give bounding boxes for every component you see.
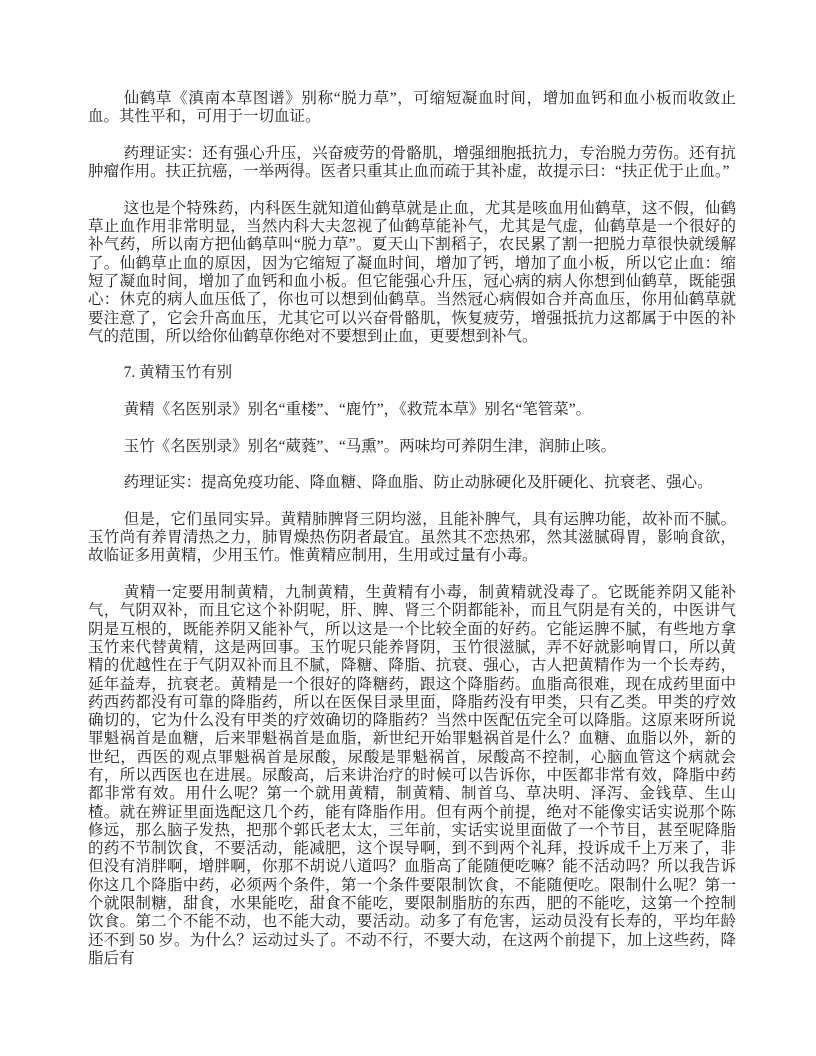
section-heading: 7. 黄精玉竹有别 — [88, 364, 736, 382]
body-paragraph: 仙鹤草《滇南本草图谱》别称“脱力草”，可缩短凝血时间，增加血钙和血小板而收敛止血… — [88, 90, 736, 127]
document-page: 仙鹤草《滇南本草图谱》别称“脱力草”，可缩短凝血时间，增加血钙和血小板而收敛止血… — [0, 0, 816, 1056]
body-paragraph: 黄精《名医别录》别名“重楼”、“鹿竹”，《救荒本草》别名“笔管菜”。 — [88, 401, 736, 419]
body-paragraph: 玉竹《名医别录》别名“葳蕤”、“马熏”。两味均可养阴生津，润肺止咳。 — [88, 438, 736, 456]
body-paragraph: 但是，它们虽同实异。黄精肺脾肾三阴均滋，且能补脾气，具有运脾功能，故补而不腻。玉… — [88, 511, 736, 566]
body-paragraph: 这也是个特殊药，内科医生就知道仙鹤草就是止血，尤其是咳血用仙鹤草，这不假，仙鹤草… — [88, 200, 736, 346]
body-paragraph: 黄精一定要用制黄精，九制黄精，生黄精有小毒，制黄精就没毒了。它既能养阴又能补气，… — [88, 584, 736, 968]
body-paragraph: 药理证实：提高免疫功能、降血糖、降血脂、防止动脉硬化及肝硬化、抗衰老、强心。 — [88, 474, 736, 492]
document-text-body: 仙鹤草《滇南本草图谱》别称“脱力草”，可缩短凝血时间，增加血钙和血小板而收敛止血… — [88, 90, 736, 968]
body-paragraph: 药理证实：还有强心升压，兴奋疲劳的骨骼肌，增强细胞抵抗力，专治脱力劳伤。还有抗肿… — [88, 145, 736, 182]
